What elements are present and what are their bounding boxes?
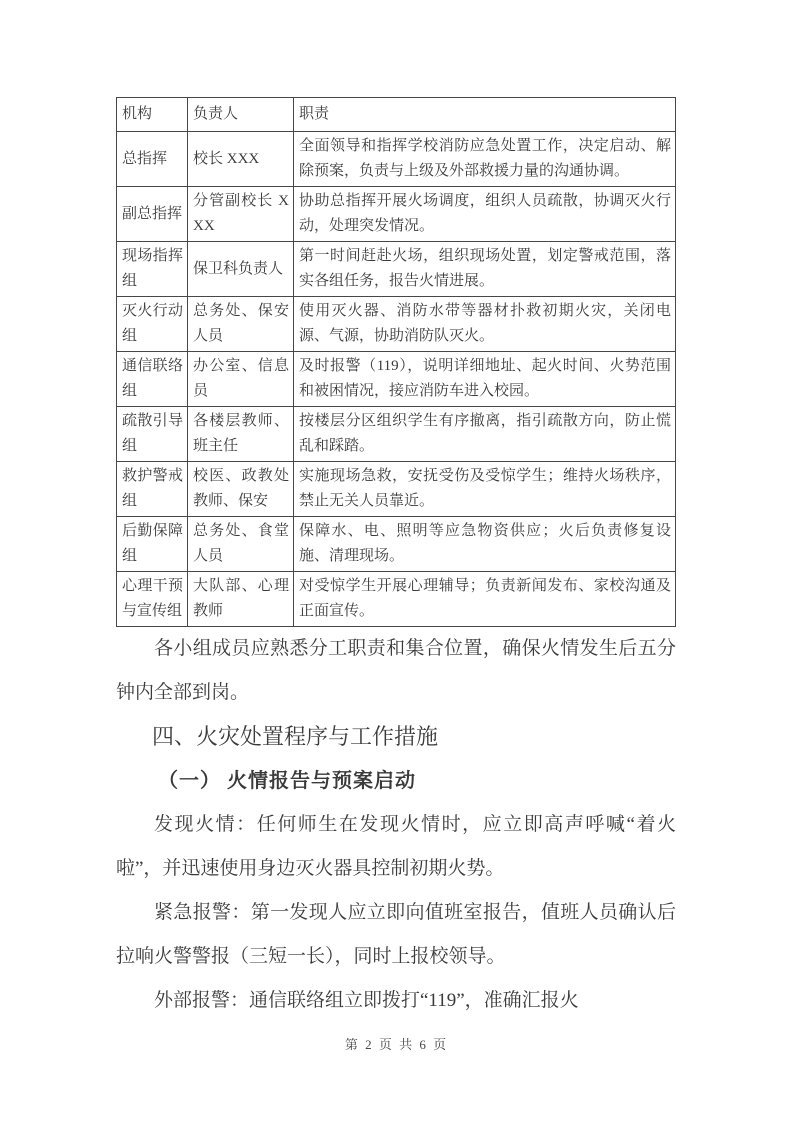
person-cell: 办公室、信息员 (188, 352, 294, 407)
org-cell: 后勤保障组 (117, 517, 188, 572)
header-person: 负责人 (188, 98, 294, 132)
page-number-footer: 第 2 页 共 6 页 (0, 1034, 793, 1053)
paragraph-external-alarm: 外部报警：通信联络组立即拨打“119”，准确汇报火 (116, 979, 676, 1023)
duty-cell: 第一时间赶赴火场，组织现场处置，划定警戒范围，落实各组任务，报告火情进展。 (294, 242, 676, 297)
org-cell: 救护警戒组 (117, 462, 188, 517)
org-cell: 疏散引导组 (117, 407, 188, 462)
paragraph-emergency-alarm: 紧急报警：第一发现人应立即向值班室报告，值班人员确认后拉响火警警报（三短一长），… (116, 891, 676, 979)
table-row: 心理干预与宣传组 大队部、心理教师 对受惊学生开展心理辅导；负责新闻发布、家校沟… (117, 572, 676, 627)
paragraph-after-table: 各小组成员应熟悉分工职责和集合位置，确保火情发生后五分钟内全部到岗。 (116, 627, 676, 715)
person-cell: 总务处、食堂人员 (188, 517, 294, 572)
header-duty: 职责 (294, 98, 676, 132)
person-cell: 大队部、心理教师 (188, 572, 294, 627)
table-row: 救护警戒组 校医、政教处教师、保安 实施现场急救，安抚受伤及受惊学生；维持火场秩… (117, 462, 676, 517)
table-row: 现场指挥组 保卫科负责人 第一时间赶赴火场，组织现场处置，划定警戒范围，落实各组… (117, 242, 676, 297)
table-row: 疏散引导组 各楼层教师、班主任 按楼层分区组织学生有序撤离，指引疏散方向，防止慌… (117, 407, 676, 462)
duty-cell: 对受惊学生开展心理辅导；负责新闻发布、家校沟通及正面宣传。 (294, 572, 676, 627)
subsection-heading: （一） 火情报告与预案启动 (116, 759, 676, 803)
duty-cell: 使用灭火器、消防水带等器材扑救初期火灾，关闭电源、气源，协助消防队灭火。 (294, 297, 676, 352)
paragraph-fire-discovery: 发现火情：任何师生在发现火情时，应立即高声呼喊“着火啦”，并迅速使用身边灭火器具… (116, 803, 676, 891)
org-table-body: 总指挥 校长 XXX 全面领导和指挥学校消防应急处置工作，决定启动、解除预案，负… (117, 132, 676, 627)
duty-cell: 实施现场急救，安抚受伤及受惊学生；维持火场秩序，禁止无关人员靠近。 (294, 462, 676, 517)
org-cell: 心理干预与宣传组 (117, 572, 188, 627)
person-cell: 校长 XXX (188, 132, 294, 187)
section-heading: 四、火灾处置程序与工作措施 (116, 715, 676, 759)
person-cell: 总务处、保安人员 (188, 297, 294, 352)
table-row: 通信联络组 办公室、信息员 及时报警（119），说明详细地址、起火时间、火势范围… (117, 352, 676, 407)
header-org: 机构 (117, 98, 188, 132)
org-cell: 通信联络组 (117, 352, 188, 407)
org-cell: 现场指挥组 (117, 242, 188, 297)
page-content: 机构 负责人 职责 总指挥 校长 XXX 全面领导和指挥学校消防应急处置工作，决… (116, 97, 676, 1023)
table-row: 灭火行动组 总务处、保安人员 使用灭火器、消防水带等器材扑救初期火灾，关闭电源、… (117, 297, 676, 352)
person-cell: 校医、政教处教师、保安 (188, 462, 294, 517)
person-cell: 保卫科负责人 (188, 242, 294, 297)
table-header-row: 机构 负责人 职责 (117, 98, 676, 132)
org-duty-table: 机构 负责人 职责 总指挥 校长 XXX 全面领导和指挥学校消防应急处置工作，决… (116, 97, 676, 627)
duty-cell: 按楼层分区组织学生有序撤离，指引疏散方向，防止慌乱和踩踏。 (294, 407, 676, 462)
duty-cell: 协助总指挥开展火场调度，组织人员疏散，协调灭火行动，处理突发情况。 (294, 187, 676, 242)
org-cell: 副总指挥 (117, 187, 188, 242)
duty-cell: 及时报警（119），说明详细地址、起火时间、火势范围和被困情况，接应消防车进入校… (294, 352, 676, 407)
person-cell: 各楼层教师、班主任 (188, 407, 294, 462)
org-cell: 灭火行动组 (117, 297, 188, 352)
duty-cell: 保障水、电、照明等应急物资供应；火后负责修复设施、清理现场。 (294, 517, 676, 572)
person-cell: 分管副校长 XXX (188, 187, 294, 242)
org-cell: 总指挥 (117, 132, 188, 187)
table-row: 总指挥 校长 XXX 全面领导和指挥学校消防应急处置工作，决定启动、解除预案，负… (117, 132, 676, 187)
table-row: 副总指挥 分管副校长 XXX 协助总指挥开展火场调度，组织人员疏散，协调灭火行动… (117, 187, 676, 242)
duty-cell: 全面领导和指挥学校消防应急处置工作，决定启动、解除预案，负责与上级及外部救援力量… (294, 132, 676, 187)
table-row: 后勤保障组 总务处、食堂人员 保障水、电、照明等应急物资供应；火后负责修复设施、… (117, 517, 676, 572)
document-page: { "document": { "table": { "headers": ["… (0, 0, 793, 1122)
